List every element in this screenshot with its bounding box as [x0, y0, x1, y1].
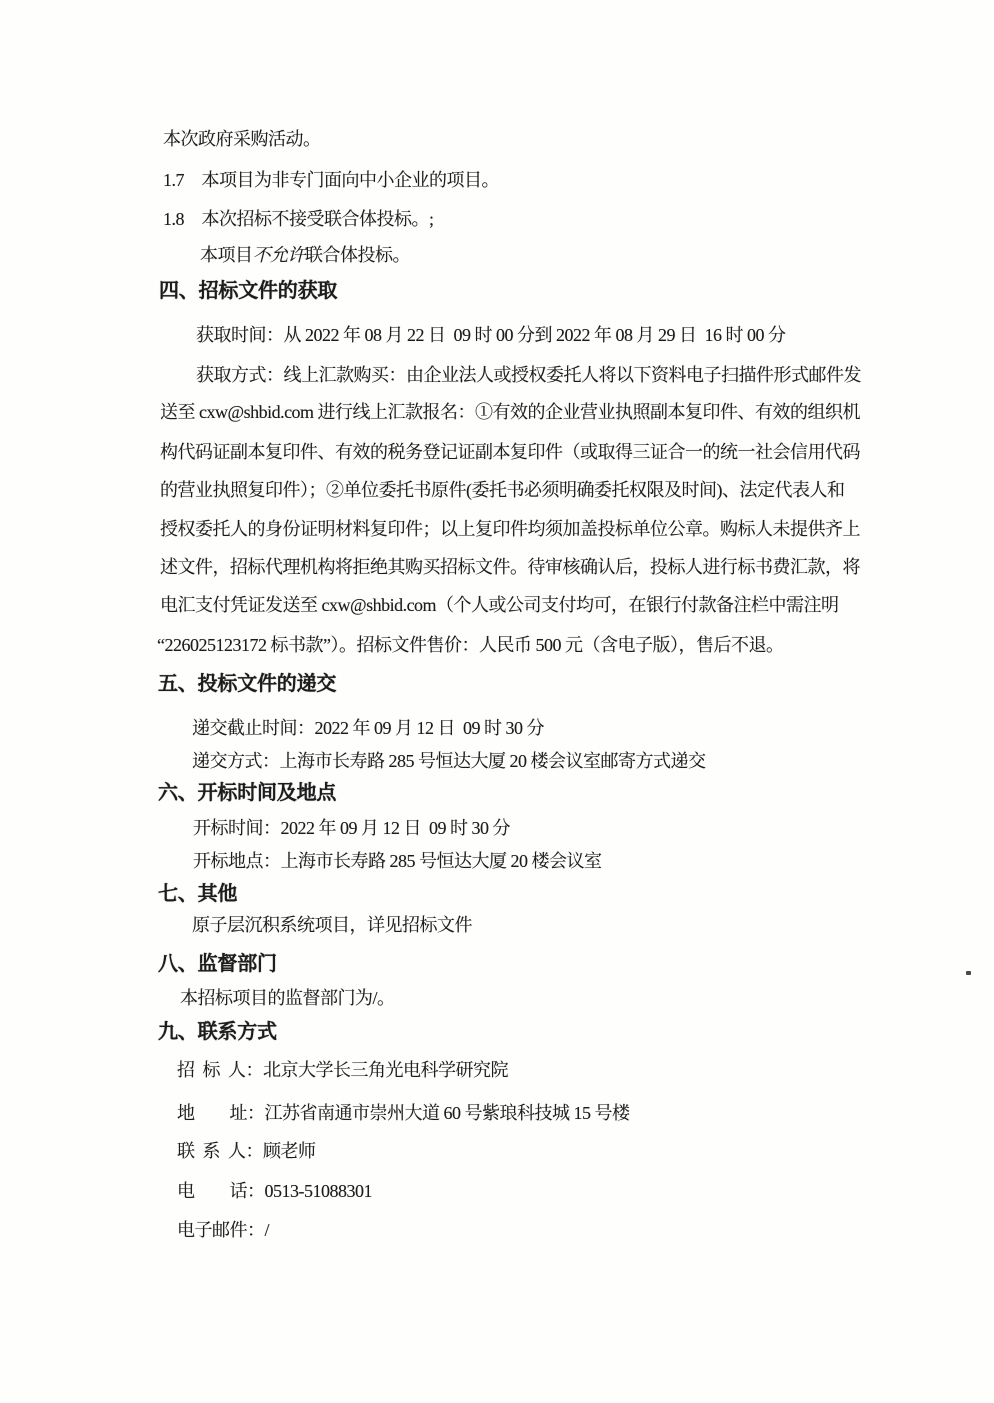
supervisor-content-line: 本招标项目的监督部门为/。: [180, 989, 395, 1008]
obtain-method-line: 获取方式：线上汇款购买：由企业法人或授权委托人将以下资料电子扫描件形式邮件发: [196, 366, 861, 385]
no-consortium-suffix: 联合体投标。: [305, 245, 410, 265]
contact-person-line: 联 系 人：顾老师: [177, 1142, 316, 1161]
no-consortium-prefix: 本项目: [200, 245, 253, 265]
address-line: 地 址：江苏省南通市崇州大道 60 号紫琅科技城 15 号楼: [177, 1104, 630, 1123]
paragraph-line: “226025123172 标书款”）。招标文件售价：人民币 500 元（含电子…: [157, 636, 783, 655]
paragraph-line: 送至 cxw@shbid.com 进行线上汇款报名：①有效的企业营业执照副本复印…: [160, 403, 860, 422]
email-line: 电子邮件：/: [177, 1221, 269, 1240]
tender-notice-page: 本次政府采购活动。 1.7 本项目为非专门面向中小企业的项目。 1.8 本次招标…: [0, 0, 994, 1403]
bidder-line: 招 标 人：北京大学长三角光电科学研究院: [177, 1061, 508, 1080]
submission-method-line: 递交方式：上海市长寿路 285 号恒达大厦 20 楼会议室邮寄方式递交: [192, 752, 706, 771]
no-consortium-italic: 不允许: [253, 245, 306, 265]
section-heading-9: 九、联系方式: [158, 1022, 277, 1044]
clause-1-8: 1.8 本次招标不接受联合体投标。;: [163, 210, 434, 229]
opening-place-line: 开标地点：上海市长寿路 285 号恒达大厦 20 楼会议室: [193, 852, 602, 871]
section-heading-6: 六、开标时间及地点: [158, 783, 336, 805]
other-content-line: 原子层沉积系统项目，详见招标文件: [192, 916, 472, 935]
section-heading-4: 四、招标文件的获取: [159, 281, 337, 303]
obtain-time-line: 获取时间：从 2022 年 08 月 22 日 09 时 00 分到 2022 …: [196, 326, 786, 345]
phone-line: 电 话：0513-51088301: [177, 1182, 372, 1201]
no-consortium-line: 本项目不允许联合体投标。: [200, 246, 410, 265]
section-heading-5: 五、投标文件的递交: [158, 674, 336, 696]
paragraph-line: 的营业执照复印件）；②单位委托书原件(委托书必须明确委托权限及时间)、法定代表人…: [160, 481, 844, 500]
opening-time-line: 开标时间：2022 年 09 月 12 日 09 时 30 分: [193, 819, 510, 838]
paragraph-line: 述文件，招标代理机构将拒绝其购买招标文件。待审核确认后，投标人进行标书费汇款，将: [160, 558, 860, 577]
paragraph-line: 电汇支付凭证发送至 cxw@shbid.com（个人或公司支付均可，在银行付款备…: [160, 596, 839, 615]
paragraph-line: 授权委托人的身份证明材料复印件；以上复印件均须加盖投标单位公章。购标人未提供齐上: [160, 520, 860, 539]
scan-artifact-dot: [966, 971, 971, 975]
paragraph-line: 构代码证副本复印件、有效的税务登记证副本复印件（或取得三证合一的统一社会信用代码: [160, 443, 860, 462]
section-heading-8: 八、监督部门: [158, 954, 277, 976]
clause-1-7: 1.7 本项目为非专门面向中小企业的项目。: [163, 171, 499, 190]
paragraph-line: 本次政府采购活动。: [163, 130, 321, 149]
section-heading-7: 七、其他: [158, 884, 237, 906]
submission-deadline-line: 递交截止时间：2022 年 09 月 12 日 09 时 30 分: [192, 719, 544, 738]
